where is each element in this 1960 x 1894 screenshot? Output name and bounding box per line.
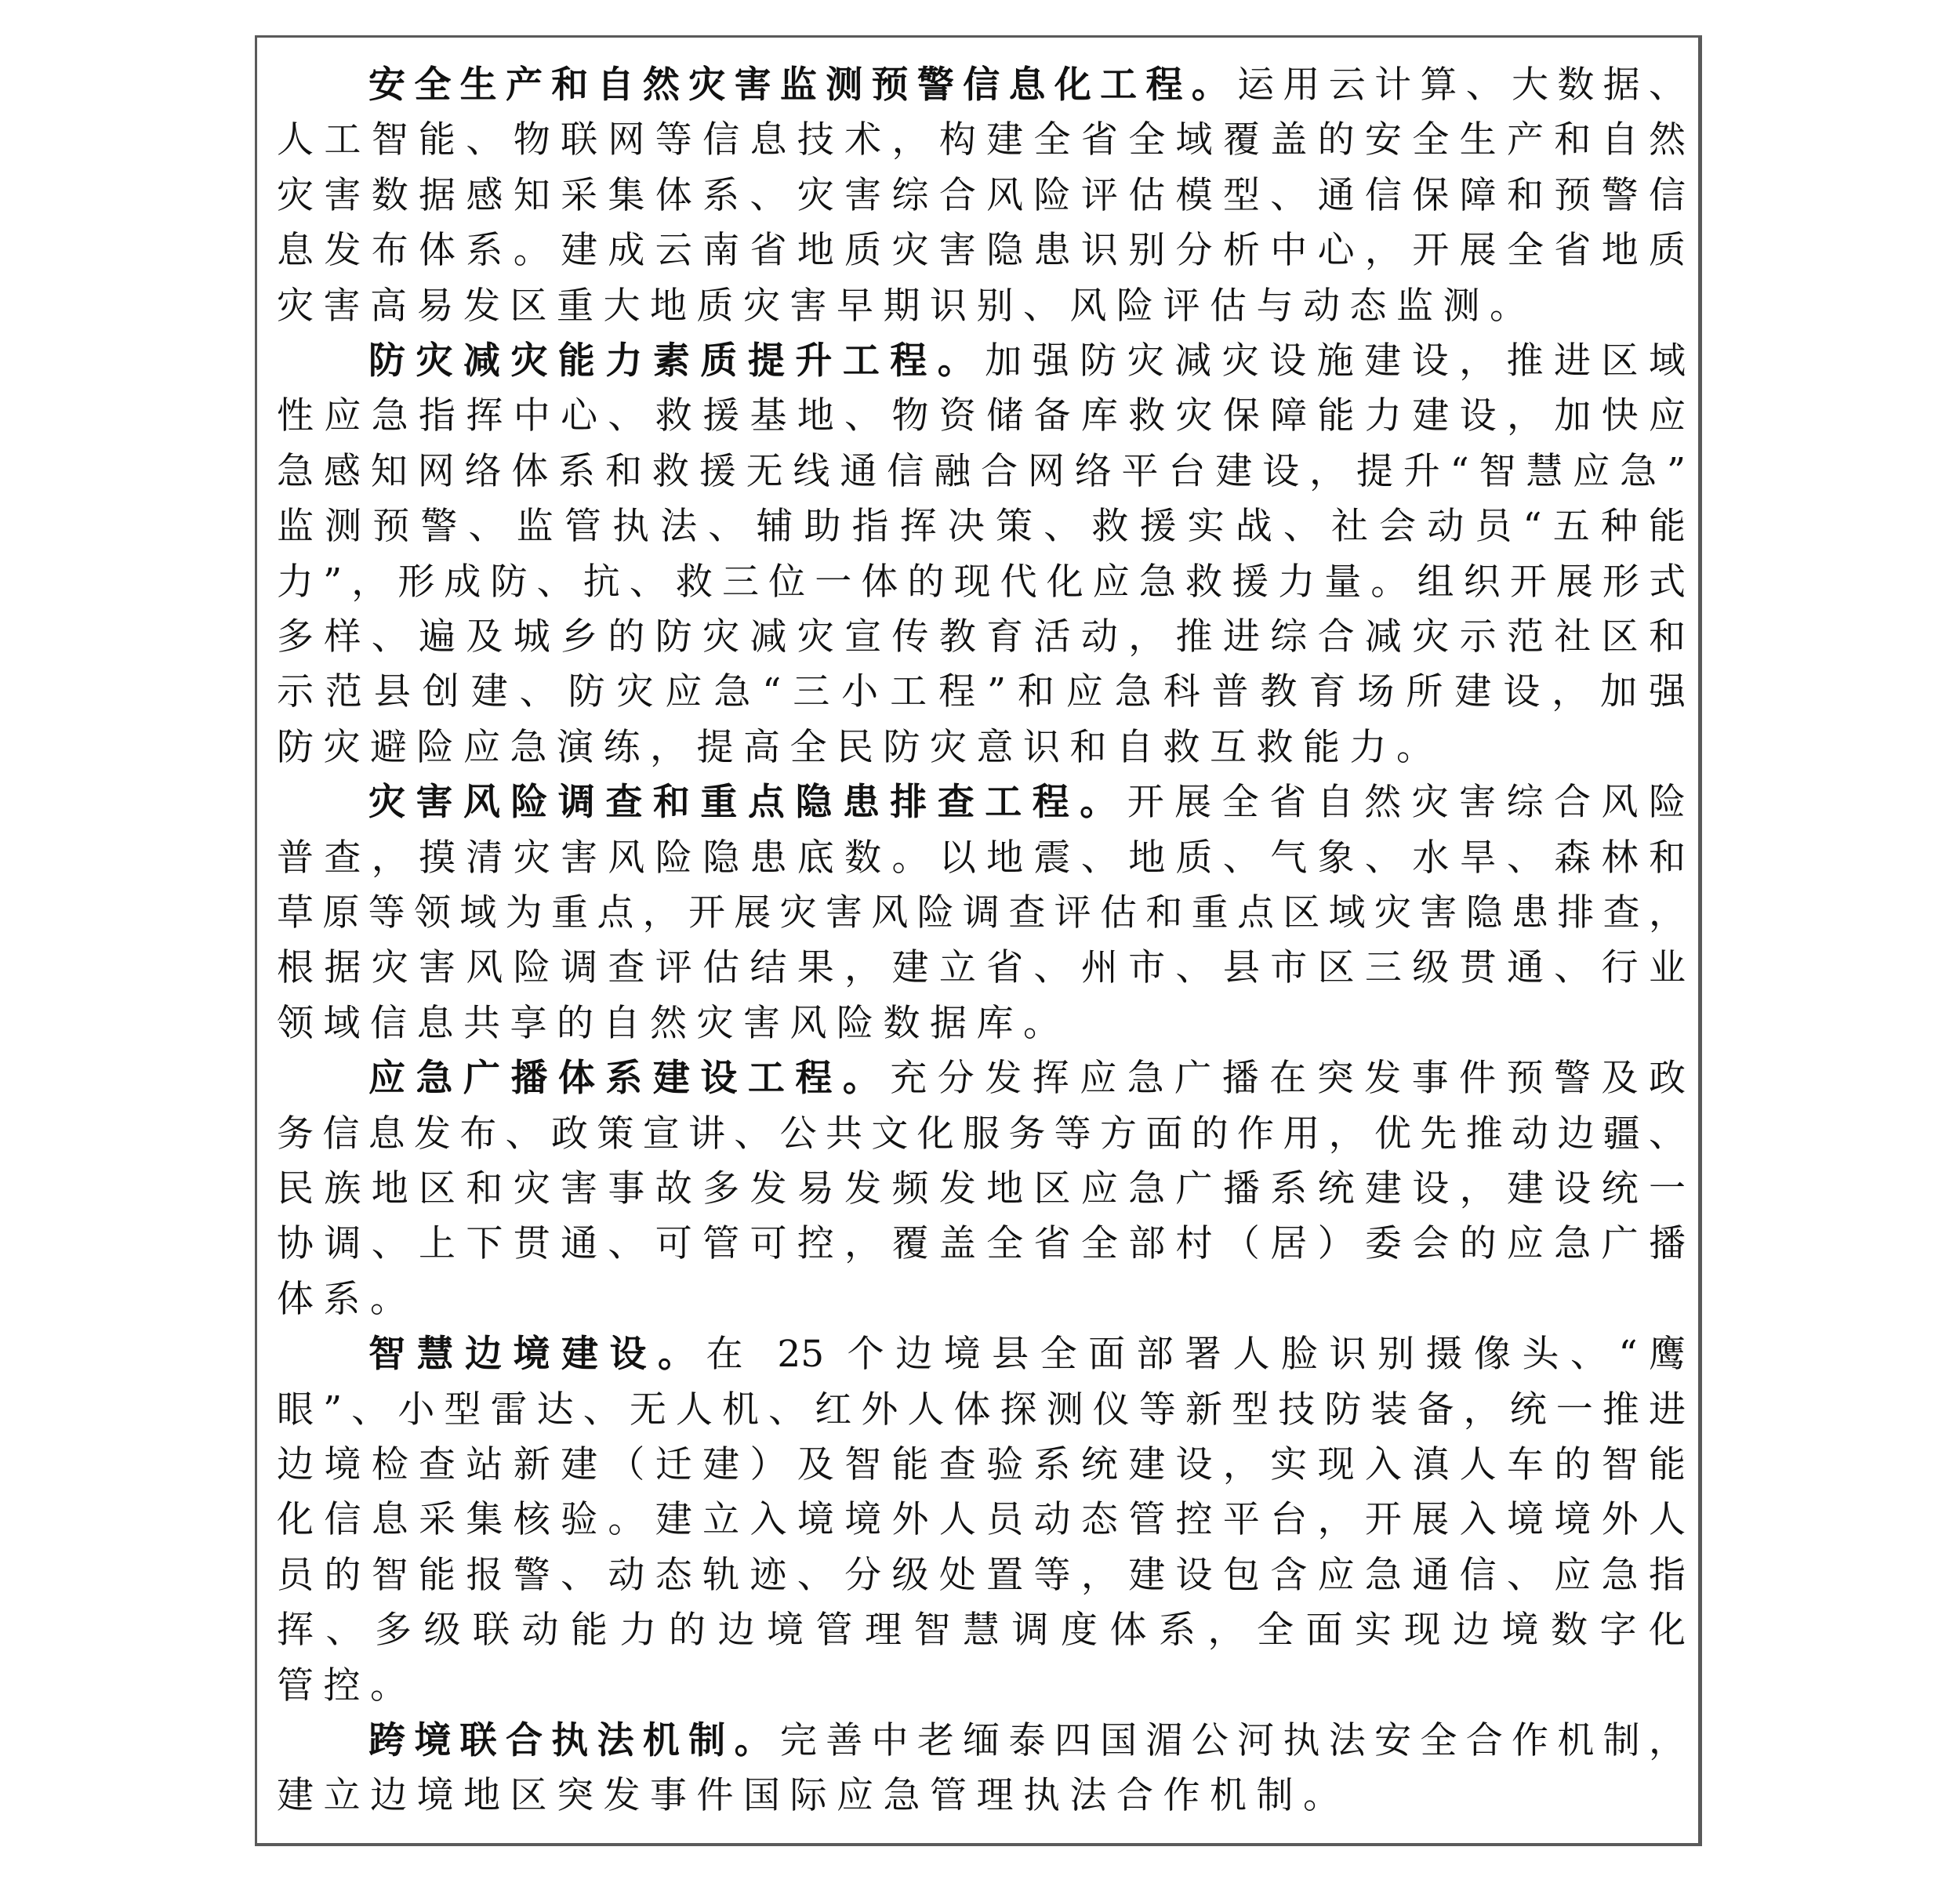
paragraph-3-line-5: 领域信息共享的自然灾害风险数据库。 (277, 996, 1686, 1051)
paragraph-3-line-4: 根据灾害风险调查评估结果，建立省、州市、县市区三级贯通、行业 (277, 941, 1686, 996)
paragraph-4-line-2: 务信息发布、政策宣讲、公共文化服务等方面的作用，优先推动边疆、 (277, 1107, 1686, 1162)
paragraph-5-heading: 智慧边境建设。 (368, 1334, 706, 1375)
paragraph-5-line-6: 挥、多级联动能力的边境管理智慧调度体系，全面实现边境数字化 (277, 1603, 1686, 1658)
paragraph-6-line-1: 跨境联合执法机制。完善中老缅泰四国湄公河执法安全合作机制， (368, 1714, 1686, 1769)
paragraph-5-line-2: 眼”、小型雷达、无人机、红外人体探测仪等新型技防装备，统一推进 (277, 1383, 1686, 1438)
paragraph-1-text: 运用云计算、大数据、 (1237, 63, 1686, 107)
paragraph-5-line-7: 管控。 (277, 1659, 1686, 1714)
paragraph-2-line-4: 监测预警、监管执法、辅助指挥决策、救援实战、社会动员“五种能 (277, 499, 1686, 554)
document-body: 安全生产和自然灾害监测预警信息化工程。运用云计算、大数据、 人工智能、物联网等信… (0, 0, 1960, 1894)
paragraph-2-line-6: 多样、遍及城乡的防灾减灾宣传教育活动，推进综合减灾示范社区和 (277, 610, 1686, 665)
paragraph-4-line-3: 民族地区和灾害事故多发易发频发地区应急广播系统建设，建设统一 (277, 1162, 1686, 1217)
paragraph-2-line-8: 防灾避险应急演练，提高全民防灾意识和自救互救能力。 (277, 720, 1686, 775)
paragraph-5-text: 在 25 个边境县全面部署人脸识别摄像头、“鹰 (706, 1333, 1686, 1376)
paragraph-2-line-5: 力”，形成防、抗、救三位一体的现代化应急救援力量。组织开展形式 (277, 555, 1686, 610)
paragraph-5-line-1: 智慧边境建设。在 25 个边境县全面部署人脸识别摄像头、“鹰 (368, 1327, 1686, 1382)
paragraph-6-text: 完善中老缅泰四国湄公河执法安全合作机制， (780, 1719, 1686, 1762)
paragraph-3-text: 开展全省自然灾害综合风险 (1127, 781, 1686, 824)
paragraph-1-line-5: 灾害高易发区重大地质灾害早期识别、风险评估与动态监测。 (277, 279, 1686, 334)
paragraph-2-text: 加强防灾减灾设施建设，推进区域 (985, 339, 1686, 383)
paragraph-2-line-3: 急感知网络体系和救援无线通信融合网络平台建设，提升“智慧应急” (277, 444, 1686, 499)
paragraph-2-line-2: 性应急指挥中心、救援基地、物资储备库救灾保障能力建设，加快应 (277, 389, 1686, 444)
paragraph-3-line-1: 灾害风险调查和重点隐患排查工程。开展全省自然灾害综合风险 (368, 775, 1686, 830)
paragraph-3-line-2: 普查，摸清灾害风险隐患底数。以地震、地质、气象、水旱、森林和 (277, 831, 1686, 886)
paragraph-2-line-7: 示范县创建、防灾应急“三小工程”和应急科普教育场所建设，加强 (277, 665, 1686, 720)
paragraph-1-line-4: 息发布体系。建成云南省地质灾害隐患识别分析中心，开展全省地质 (277, 223, 1686, 278)
paragraph-2-line-1: 防灾减灾能力素质提升工程。加强防灾减灾设施建设，推进区域 (368, 334, 1686, 389)
paragraph-4-text: 充分发挥应急广播在突发事件预警及政 (890, 1057, 1686, 1100)
paragraph-4-heading: 应急广播体系建设工程。 (368, 1058, 890, 1099)
paragraph-3-line-3: 草原等领域为重点，开展灾害风险调查评估和重点区域灾害隐患排查， (277, 886, 1686, 941)
paragraph-4-line-1: 应急广播体系建设工程。充分发挥应急广播在突发事件预警及政 (368, 1051, 1686, 1106)
paragraph-1-line-3: 灾害数据感知采集体系、灾害综合风险评估模型、通信保障和预警信 (277, 169, 1686, 223)
paragraph-4-line-5: 体系。 (277, 1272, 1686, 1327)
paragraph-5-line-5: 员的智能报警、动态轨迹、分级处置等，建设包含应急通信、应急指 (277, 1548, 1686, 1603)
paragraph-1-line-2: 人工智能、物联网等信息技术，构建全省全域覆盖的安全生产和自然 (277, 113, 1686, 168)
paragraph-4-line-4: 协调、上下贯通、可管可控，覆盖全省全部村（居）委会的应急广播 (277, 1217, 1686, 1272)
paragraph-3-heading: 灾害风险调查和重点隐患排查工程。 (368, 782, 1127, 823)
paragraph-6-line-2: 建立边境地区突发事件国际应急管理执法合作机制。 (277, 1769, 1686, 1823)
paragraph-1-heading: 安全生产和自然灾害监测预警信息化工程。 (368, 65, 1237, 106)
paragraph-5-line-3: 边境检查站新建（迁建）及智能查验系统建设，实现入滇人车的智能 (277, 1438, 1686, 1493)
paragraph-2-heading: 防灾减灾能力素质提升工程。 (368, 341, 985, 382)
paragraph-5-line-4: 化信息采集核验。建立入境境外人员动态管控平台，开展入境境外人 (277, 1493, 1686, 1547)
paragraph-1-line-1: 安全生产和自然灾害监测预警信息化工程。运用云计算、大数据、 (368, 58, 1686, 113)
paragraph-6-heading: 跨境联合执法机制。 (368, 1721, 780, 1762)
